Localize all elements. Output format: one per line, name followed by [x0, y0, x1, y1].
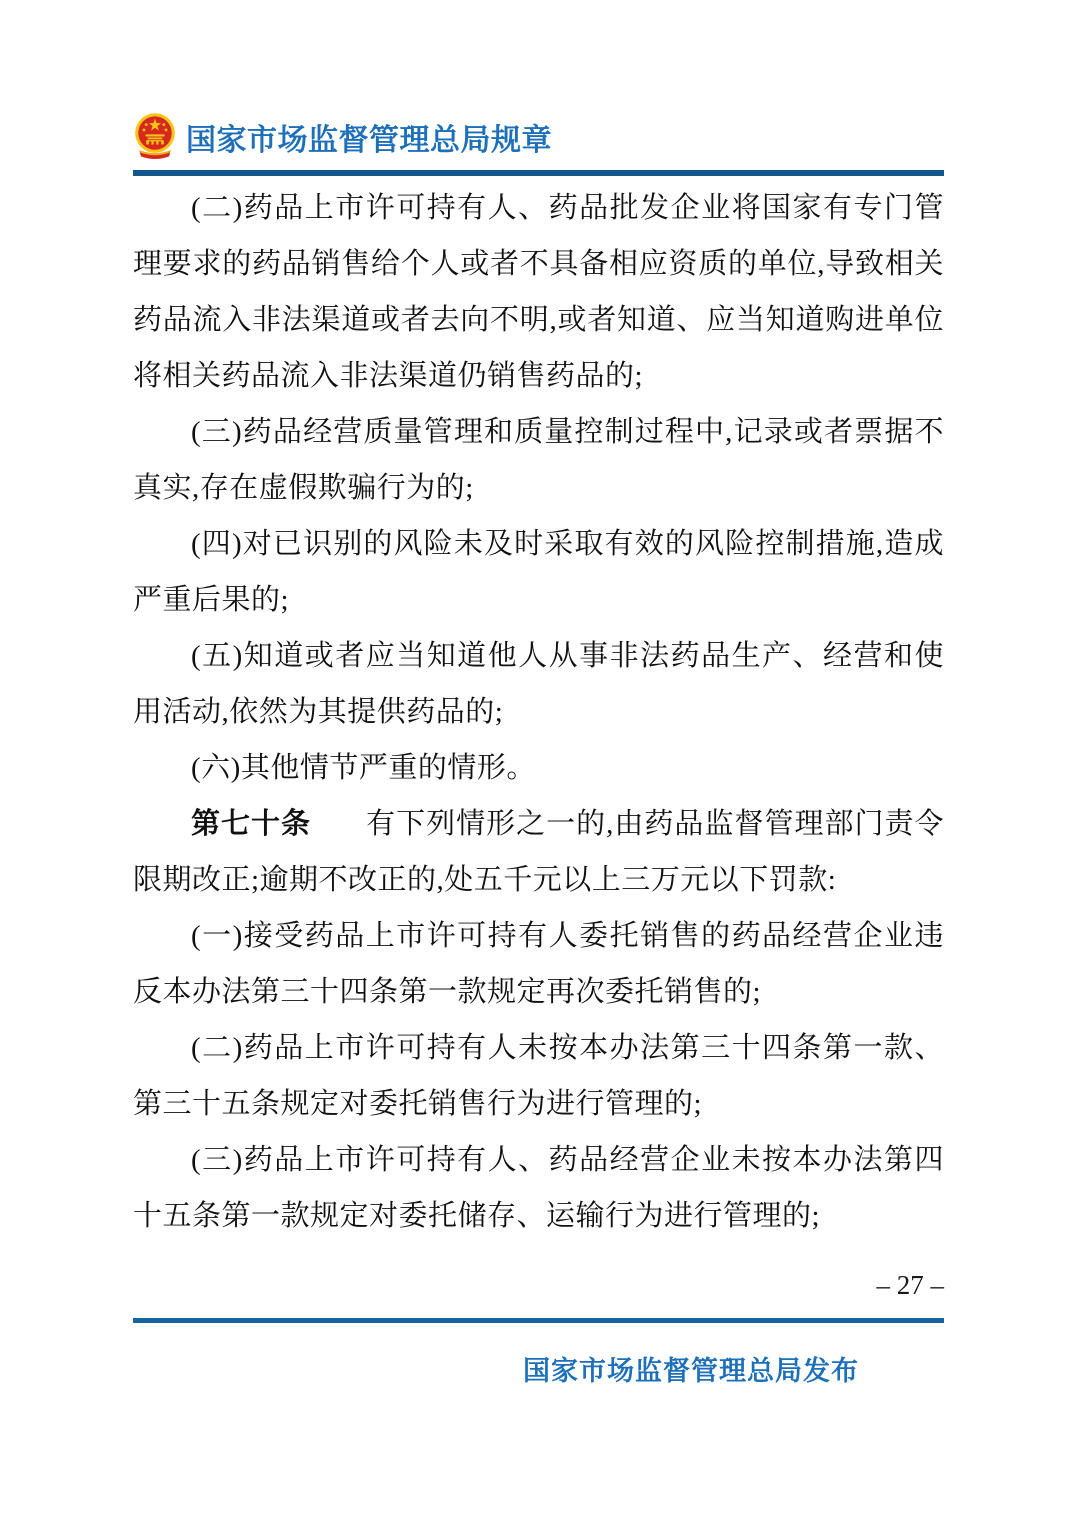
clause-text: (一)接受药品上市许可持有人委托销售的药品经营企业违反本办法第三十四条第一款规定…: [133, 920, 944, 1008]
footer-divider-line: [133, 1318, 944, 1323]
clause-item-5: (五)知道或者应当知道他人从事非法药品生产、经营和使用活动,依然为其提供药品的;: [133, 628, 944, 740]
clause-text: (三)药品上市许可持有人、药品经营企业未按本办法第四十五条第一款规定对委托储存、…: [133, 1144, 944, 1232]
document-body: (二)药品上市许可持有人、药品批发企业将国家有专门管理要求的药品销售给个人或者不…: [133, 180, 944, 1244]
clause-text: (二)药品上市许可持有人、药品批发企业将国家有专门管理要求的药品销售给个人或者不…: [133, 192, 944, 392]
clause-text: (三)药品经营质量管理和质量控制过程中,记录或者票据不真实,存在虚假欺骗行为的;: [133, 416, 944, 504]
clause-item-4: (四)对已识别的风险未及时采取有效的风险控制措施,造成严重后果的;: [133, 516, 944, 628]
clause-text: (六)其他情节严重的情形。: [191, 752, 536, 784]
header-divider-line: [133, 170, 944, 176]
clause-item-2: (二)药品上市许可持有人、药品批发企业将国家有专门管理要求的药品销售给个人或者不…: [133, 180, 944, 404]
publisher-label: 国家市场监督管理总局发布: [133, 1349, 944, 1388]
clause-text: (五)知道或者应当知道他人从事非法药品生产、经营和使用活动,依然为其提供药品的;: [133, 640, 944, 728]
clause-item-2b: (二)药品上市许可持有人未按本办法第三十四条第一款、第三十五条规定对委托销售行为…: [133, 1020, 944, 1132]
national-emblem-icon: [133, 112, 177, 162]
clause-item-1b: (一)接受药品上市许可持有人委托销售的药品经营企业违反本办法第三十四条第一款规定…: [133, 908, 944, 1020]
clause-item-6: (六)其他情节严重的情形。: [133, 740, 944, 796]
clause-text: (二)药品上市许可持有人未按本办法第三十四条第一款、第三十五条规定对委托销售行为…: [133, 1032, 944, 1120]
article-number-label: 第七十条: [191, 808, 311, 840]
document-page: 国家市场监督管理总局规章 (二)药品上市许可持有人、药品批发企业将国家有专门管理…: [0, 0, 1074, 1520]
clause-item-3: (三)药品经营质量管理和质量控制过程中,记录或者票据不真实,存在虚假欺骗行为的;: [133, 404, 944, 516]
clause-text: (四)对已识别的风险未及时采取有效的风险控制措施,造成严重后果的;: [133, 528, 944, 616]
document-header-title: 国家市场监督管理总局规章: [186, 115, 552, 159]
document-header: 国家市场监督管理总局规章: [133, 112, 944, 162]
page-number: – 27 –: [133, 1268, 944, 1302]
article-70-paragraph: 第七十条有下列情形之一的,由药品监督管理部门责令限期改正;逾期不改正的,处五千元…: [133, 796, 944, 908]
clause-item-3b: (三)药品上市许可持有人、药品经营企业未按本办法第四十五条第一款规定对委托储存、…: [133, 1132, 944, 1244]
